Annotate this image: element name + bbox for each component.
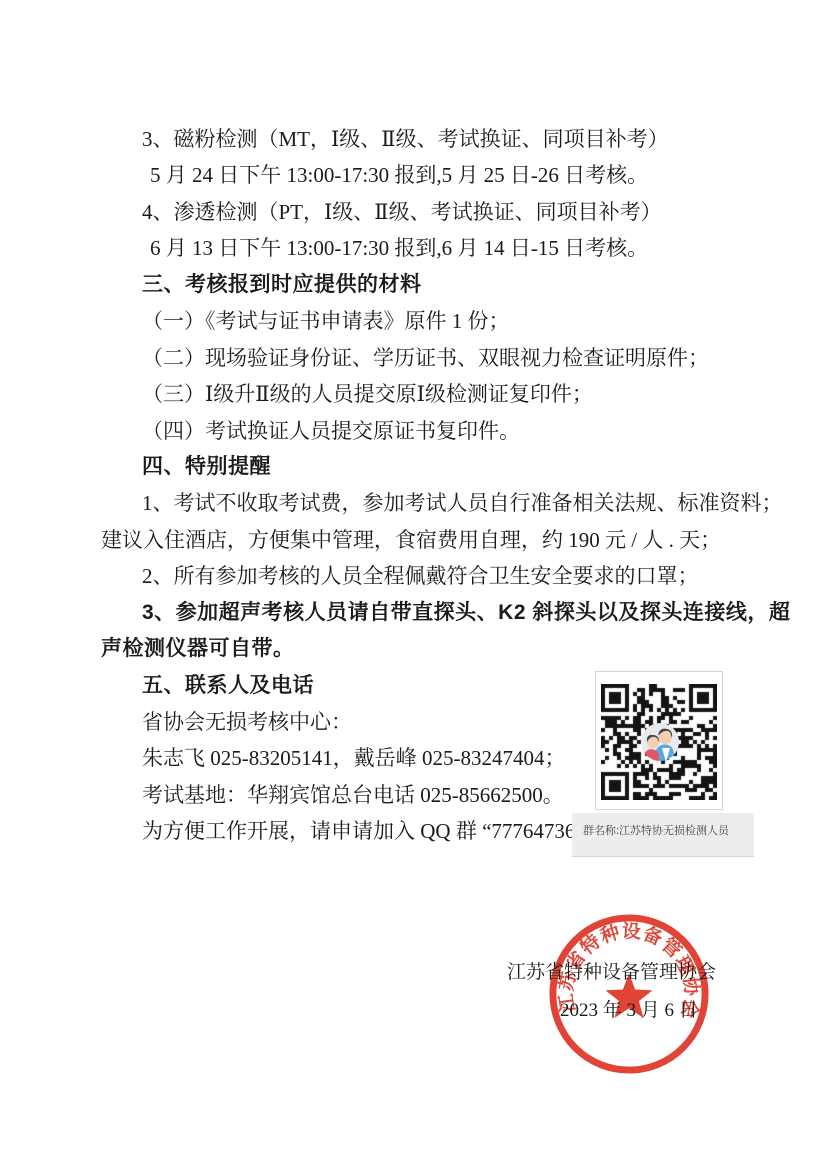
organization-seal: 江苏省特种设备管理协会 [546, 911, 712, 1077]
doc-line-reminder-2: 2、所有参加考核的人员全程佩戴符合卫生安全要求的口罩； [101, 558, 751, 594]
doc-line-item4-pt: 4、渗透检测（PT，Ⅰ级、Ⅱ级、考试换证、同项目补考） [101, 194, 751, 230]
signature-organization: 江苏省特种设备管理协会 [507, 957, 716, 984]
doc-line-pt-dates: 6 月 13 日下午 13:00-17:30 报到,6 月 14 日-15 日考… [101, 230, 751, 266]
doc-line-reminder-1: 1、考试不收取考试费，参加考试人员自行准备相关法规、标准资料； [101, 485, 751, 521]
section-heading-materials: 三、考核报到时应提供的材料 [101, 267, 751, 303]
doc-line-material-3: （三）Ⅰ级升Ⅱ级的人员提交原Ⅰ级检测证复印件； [101, 376, 751, 412]
qq-group-name-caption: 群名称:江苏特协无损检测人员 [572, 813, 754, 857]
signature-date: 2023 年 3 月 6 日 [560, 995, 698, 1022]
document-page: 3、磁粉检测（MT，Ⅰ级、Ⅱ级、考试换证、同项目补考） 5 月 24 日下午 1… [0, 0, 827, 1170]
doc-line-reminder-1-cont: 建议入住酒店，方便集中管理，食宿费用自理，约 190 元 / 人 . 天； [101, 522, 751, 558]
qq-group-qr-block [595, 671, 723, 810]
doc-line-reminder-3-cont: 声检测仪器可自带。 [101, 631, 751, 667]
doc-line-reminder-3: 3、参加超声考核人员请自带直探头、K2 斜探头以及探头连接线，超 [101, 595, 751, 631]
section-heading-reminder: 四、特别提醒 [101, 449, 751, 485]
qq-group-avatar-icon [640, 722, 680, 762]
doc-line-material-1: （一）《考试与证书申请表》原件 1 份； [101, 303, 751, 339]
doc-line-mt-dates: 5 月 24 日下午 13:00-17:30 报到,5 月 25 日-26 日考… [101, 157, 751, 193]
doc-line-material-2: （二）现场验证身份证、学历证书、双眼视力检查证明原件； [101, 340, 751, 376]
doc-line-item3-mt: 3、磁粉检测（MT，Ⅰ级、Ⅱ级、考试换证、同项目补考） [101, 121, 751, 157]
doc-line-material-4: （四）考试换证人员提交原证书复印件。 [101, 413, 751, 449]
